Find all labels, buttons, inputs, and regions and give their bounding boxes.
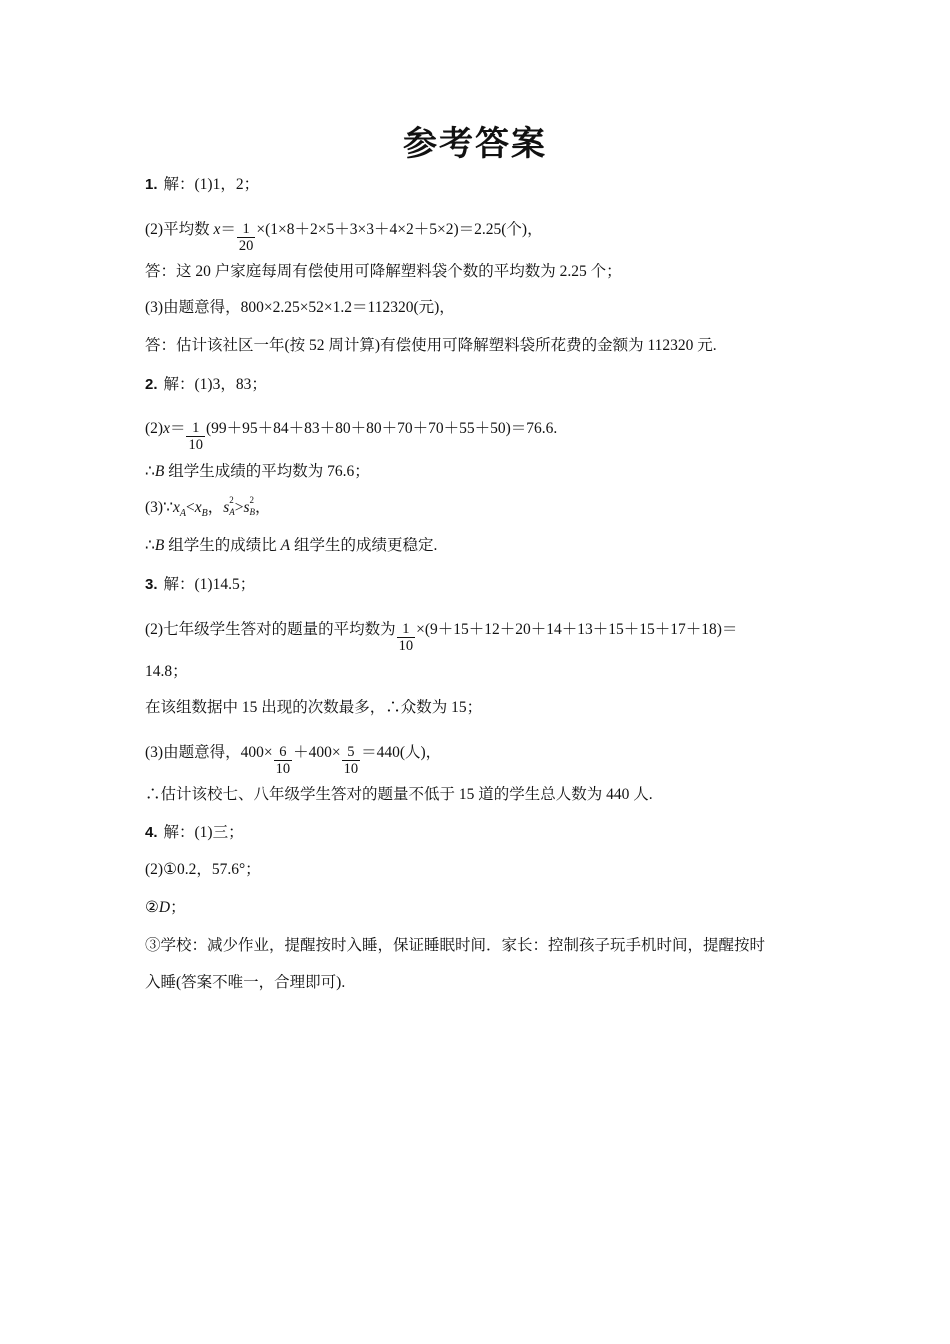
q3-line-6: ∴估计该校七、八年级学生答对的题量不低于 15 道的学生总人数为 440 人. [145, 785, 653, 805]
answer-text: (99＋95＋84＋83＋80＋80＋70＋70＋55＋50)＝76.6. [206, 420, 557, 437]
answer-text: 解：(1)14.5； [164, 576, 256, 593]
q1-line-1: 1.解：(1)1，2； [145, 175, 259, 195]
fraction-denominator: 10 [186, 437, 205, 453]
page-title: 参考答案 [0, 116, 950, 165]
answer-text: (3)由题意得，400× [145, 744, 273, 761]
subscript: A [229, 507, 235, 517]
fraction: 110 [186, 420, 205, 453]
q1-line-2: (2)平均数 x＝120×(1×8＋2×5＋3×3＋4×2＋5×2)＝2.25(… [145, 214, 543, 247]
because-symbol: (3)∵ [145, 499, 173, 516]
variance-b: s2B [244, 498, 256, 519]
question-number: 2. [145, 376, 158, 393]
answer-text: 组学生成绩的平均数为 76.6； [164, 463, 369, 480]
answer-text: (2)七年级学生答对的题量的平均数为 [145, 621, 396, 638]
q3-line-3: 14.8； [145, 662, 188, 682]
fraction-numerator: 1 [237, 221, 256, 238]
q3-line-5: (3)由题意得，400×610＋400×510＝440(人)， [145, 737, 441, 770]
variance-a: s2A [223, 498, 235, 519]
fraction: 610 [274, 744, 293, 777]
answer-text: 组学生的成绩更稳定. [290, 537, 437, 554]
variable: A [281, 537, 290, 554]
q4-line-4: ③学校：减少作业，提醒按时入睡，保证睡眠时间．家长：控制孩子玩手机时间，提醒按时 [145, 936, 765, 956]
q4-line-1: 4.解：(1)三； [145, 823, 244, 843]
q4-line-5: 入睡(答案不唯一，合理即可). [145, 973, 345, 993]
q4-line-3: ②D； [145, 898, 186, 918]
greater-than: > [235, 499, 244, 516]
q2-line-1: 2.解：(1)3，83； [145, 375, 267, 395]
equals-sign: ＝ [170, 420, 186, 437]
circled-number: ② [145, 899, 159, 916]
q3-line-2: (2)七年级学生答对的题量的平均数为110×(9＋15＋12＋20＋14＋13＋… [145, 614, 737, 647]
answer-text: 解：(1)1，2； [164, 176, 260, 193]
answer-text: 解：(1)三； [164, 824, 244, 841]
less-than: < [186, 499, 195, 516]
fraction-denominator: 10 [397, 638, 416, 654]
equals-sign: ＝ [220, 221, 236, 238]
fraction: 510 [342, 744, 361, 777]
answer-text: ＝440(人)， [361, 744, 441, 761]
fraction-numerator: 6 [274, 744, 293, 761]
answer-text: (2) [145, 420, 163, 437]
variable: D [159, 899, 170, 916]
q2-line-2: (2)x＝110(99＋95＋84＋83＋80＋80＋70＋70＋55＋50)＝… [145, 413, 557, 446]
variable-x-bar: x [163, 420, 170, 437]
q1-line-4: (3)由题意得，800×2.25×52×1.2＝112320(元)， [145, 298, 455, 318]
fraction-denominator: 20 [237, 238, 256, 254]
answer-text: ×(9＋15＋12＋20＋14＋13＋15＋15＋17＋18)＝ [416, 621, 737, 638]
subscript: B [250, 507, 256, 517]
q3-line-4: 在该组数据中 15 出现的次数最多，∴众数为 15； [145, 698, 482, 718]
variable: B [155, 537, 164, 554]
fraction-denominator: 10 [342, 761, 361, 777]
variable: B [155, 463, 164, 480]
therefore-symbol: ∴ [145, 537, 155, 554]
answer-text: ×(1×8＋2×5＋3×3＋4×2＋5×2)＝2.25(个)， [256, 221, 542, 238]
answer-text: ＋400× [293, 744, 341, 761]
fraction-denominator: 10 [274, 761, 293, 777]
answer-text: ； [170, 899, 186, 916]
q2-line-4: (3)∵xA<xB，s2A>s2B， [145, 498, 271, 524]
q1-line-3: 答：这 20 户家庭每周有偿使用可降解塑料袋个数的平均数为 2.25 个； [145, 262, 622, 282]
answer-text: 组学生的成绩比 [164, 537, 280, 554]
therefore-symbol: ∴ [145, 463, 155, 480]
fraction: 110 [397, 621, 416, 654]
q4-line-2: (2)①0.2，57.6°； [145, 860, 261, 880]
answer-text: 解：(1)3，83； [164, 376, 267, 393]
document-page: 参考答案 1.解：(1)1，2； (2)平均数 x＝120×(1×8＋2×5＋3… [0, 0, 950, 1344]
variable-x-bar: x [173, 499, 180, 516]
separator: ， [255, 499, 271, 516]
q1-line-5: 答：估计该社区一年(按 52 周计算)有偿使用可降解塑料袋所花费的金额为 112… [145, 336, 717, 356]
variable-x-bar: x [195, 499, 202, 516]
fraction-numerator: 5 [342, 744, 361, 761]
fraction-numerator: 1 [397, 621, 416, 638]
fraction: 120 [237, 221, 256, 254]
question-number: 1. [145, 176, 158, 193]
separator: ， [208, 499, 224, 516]
q2-line-5: ∴B 组学生的成绩比 A 组学生的成绩更稳定. [145, 536, 437, 556]
fraction-numerator: 1 [186, 420, 205, 437]
q3-line-1: 3.解：(1)14.5； [145, 575, 255, 595]
q2-line-3: ∴B 组学生成绩的平均数为 76.6； [145, 462, 370, 482]
question-number: 3. [145, 576, 158, 593]
answer-text: (2)平均数 [145, 221, 213, 238]
question-number: 4. [145, 824, 158, 841]
